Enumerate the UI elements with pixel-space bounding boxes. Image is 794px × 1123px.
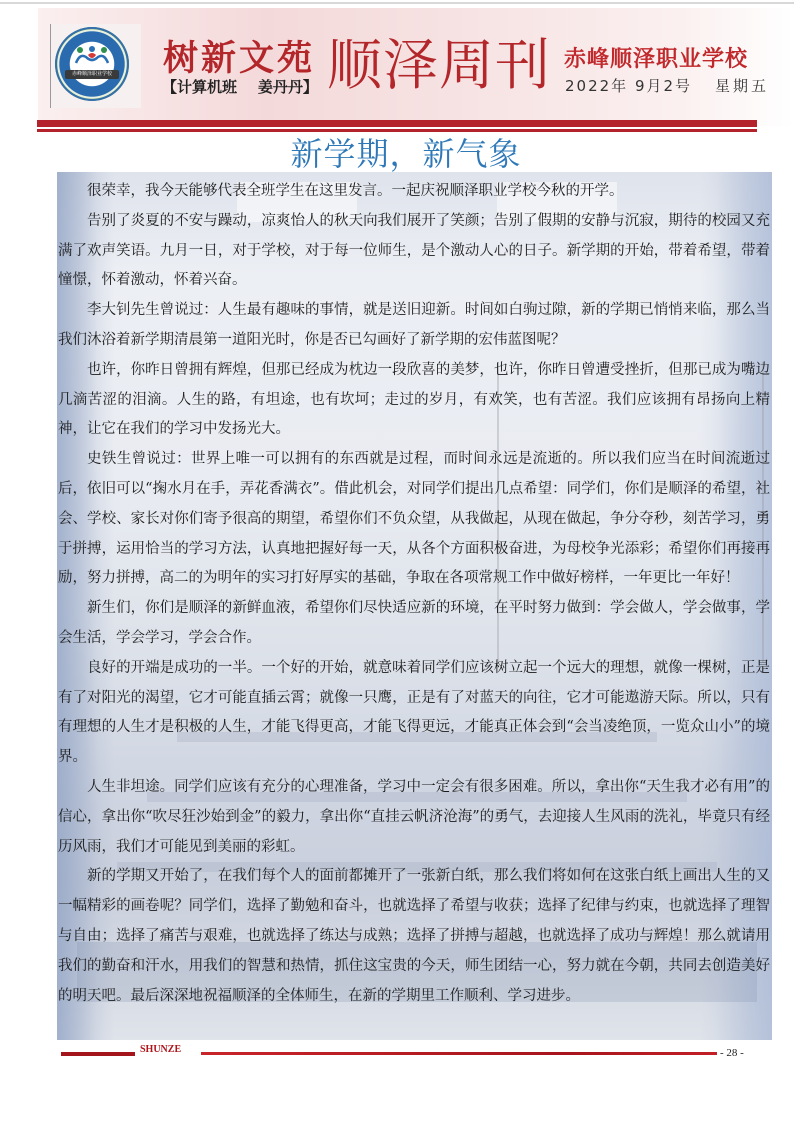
column-name: 树新文苑: [163, 40, 315, 78]
article-paragraph: 人生非坦途。同学们应该有充分的心理准备，学习中一定会有很多困难。所以，拿出你“天…: [58, 773, 770, 862]
article-paragraph: 良好的开端是成功的一半。一个好的开始，就意味着同学们应该树立起一个远大的理想，就…: [58, 654, 770, 773]
article-paragraph: 李大钊先生曾说过：人生最有趣味的事情，就是送旧迎新。时间如白驹过隙，新的学期已悄…: [58, 296, 770, 356]
article-paragraph: 新生们，你们是顺泽的新鲜血液，希望你们尽快适应新的环境，在平时努力做到：学会做人…: [58, 594, 770, 654]
logo-figures-icon: [70, 45, 114, 67]
byline: 【计算机班 姜丹丹】: [162, 78, 318, 96]
school-name: 赤峰顺泽职业学校: [564, 47, 748, 73]
issue-weekday: 星期五: [715, 77, 769, 95]
footer-rule-left: [61, 1052, 135, 1056]
article-paragraph: 新的学期又开始了，在我们每个人的面前都摊开了一张新白纸，那么我们将如何在这张白纸…: [58, 862, 770, 1011]
footer-brand: SHUNZE: [140, 1043, 181, 1057]
page-number: - 28 -: [720, 1046, 744, 1060]
article-paragraph: 也许，你昨日曾拥有辉煌，但那已经成为枕边一段欣喜的美梦，也许，你昨日曾遭受挫折，…: [58, 356, 770, 445]
article-paragraph: 很荣幸，我今天能够代表全班学生在这里发言。一起庆祝顺泽职业学校今秋的开学。: [58, 177, 770, 207]
article-title: 新学期，新气象: [0, 134, 794, 174]
publication-title: 顺泽周刊: [327, 34, 551, 96]
footer-rule-right: [201, 1052, 717, 1055]
masthead-rule-thin: [37, 129, 757, 132]
masthead-rule-thick: [37, 120, 757, 127]
article-paragraph: 史铁生曾说过：世界上唯一可以拥有的东西就是过程，而时间永远是流逝的。所以我们应当…: [58, 445, 770, 594]
article-body: 很荣幸，我今天能够代表全班学生在这里发言。一起庆祝顺泽职业学校今秋的开学。 告别…: [58, 177, 770, 1011]
logo-ribbon: 赤峰顺泽职业学校: [65, 70, 119, 79]
article-paragraph: 告别了炎夏的不安与躁动，凉爽怡人的秋天向我们展开了笑颜；告别了假期的安静与沉寂，…: [58, 207, 770, 296]
issue-date: 2022年 9月2号: [565, 77, 692, 95]
page-top-border: [0, 2, 794, 4]
